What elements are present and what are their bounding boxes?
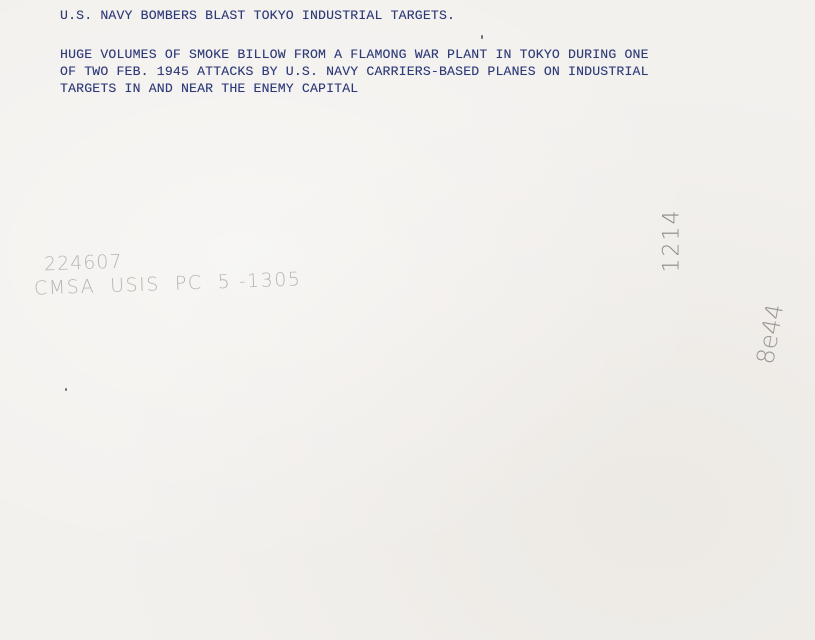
caption-line-3: TARGETS IN AND NEAR THE ENEMY CAPITAL [60, 81, 358, 96]
handwritten-margin-mark: 8e44 [751, 302, 789, 367]
photo-back-paper: U.S. NAVY BOMBERS BLAST TOKYO INDUSTRIAL… [0, 0, 815, 640]
handwritten-catalog-number: 224607 [44, 251, 123, 276]
caption-line-1: HUGE VOLUMES OF SMOKE BILLOW FROM A FLAM… [60, 47, 649, 62]
ink-speck [481, 35, 483, 39]
headline: U.S. NAVY BOMBERS BLAST TOKYO INDUSTRIAL… [60, 8, 455, 23]
handwritten-vertical-number: 1214 [660, 209, 685, 273]
caption-line-2: OF TWO FEB. 1945 ATTACKS BY U.S. NAVY CA… [60, 64, 649, 79]
ink-speck [65, 388, 67, 391]
